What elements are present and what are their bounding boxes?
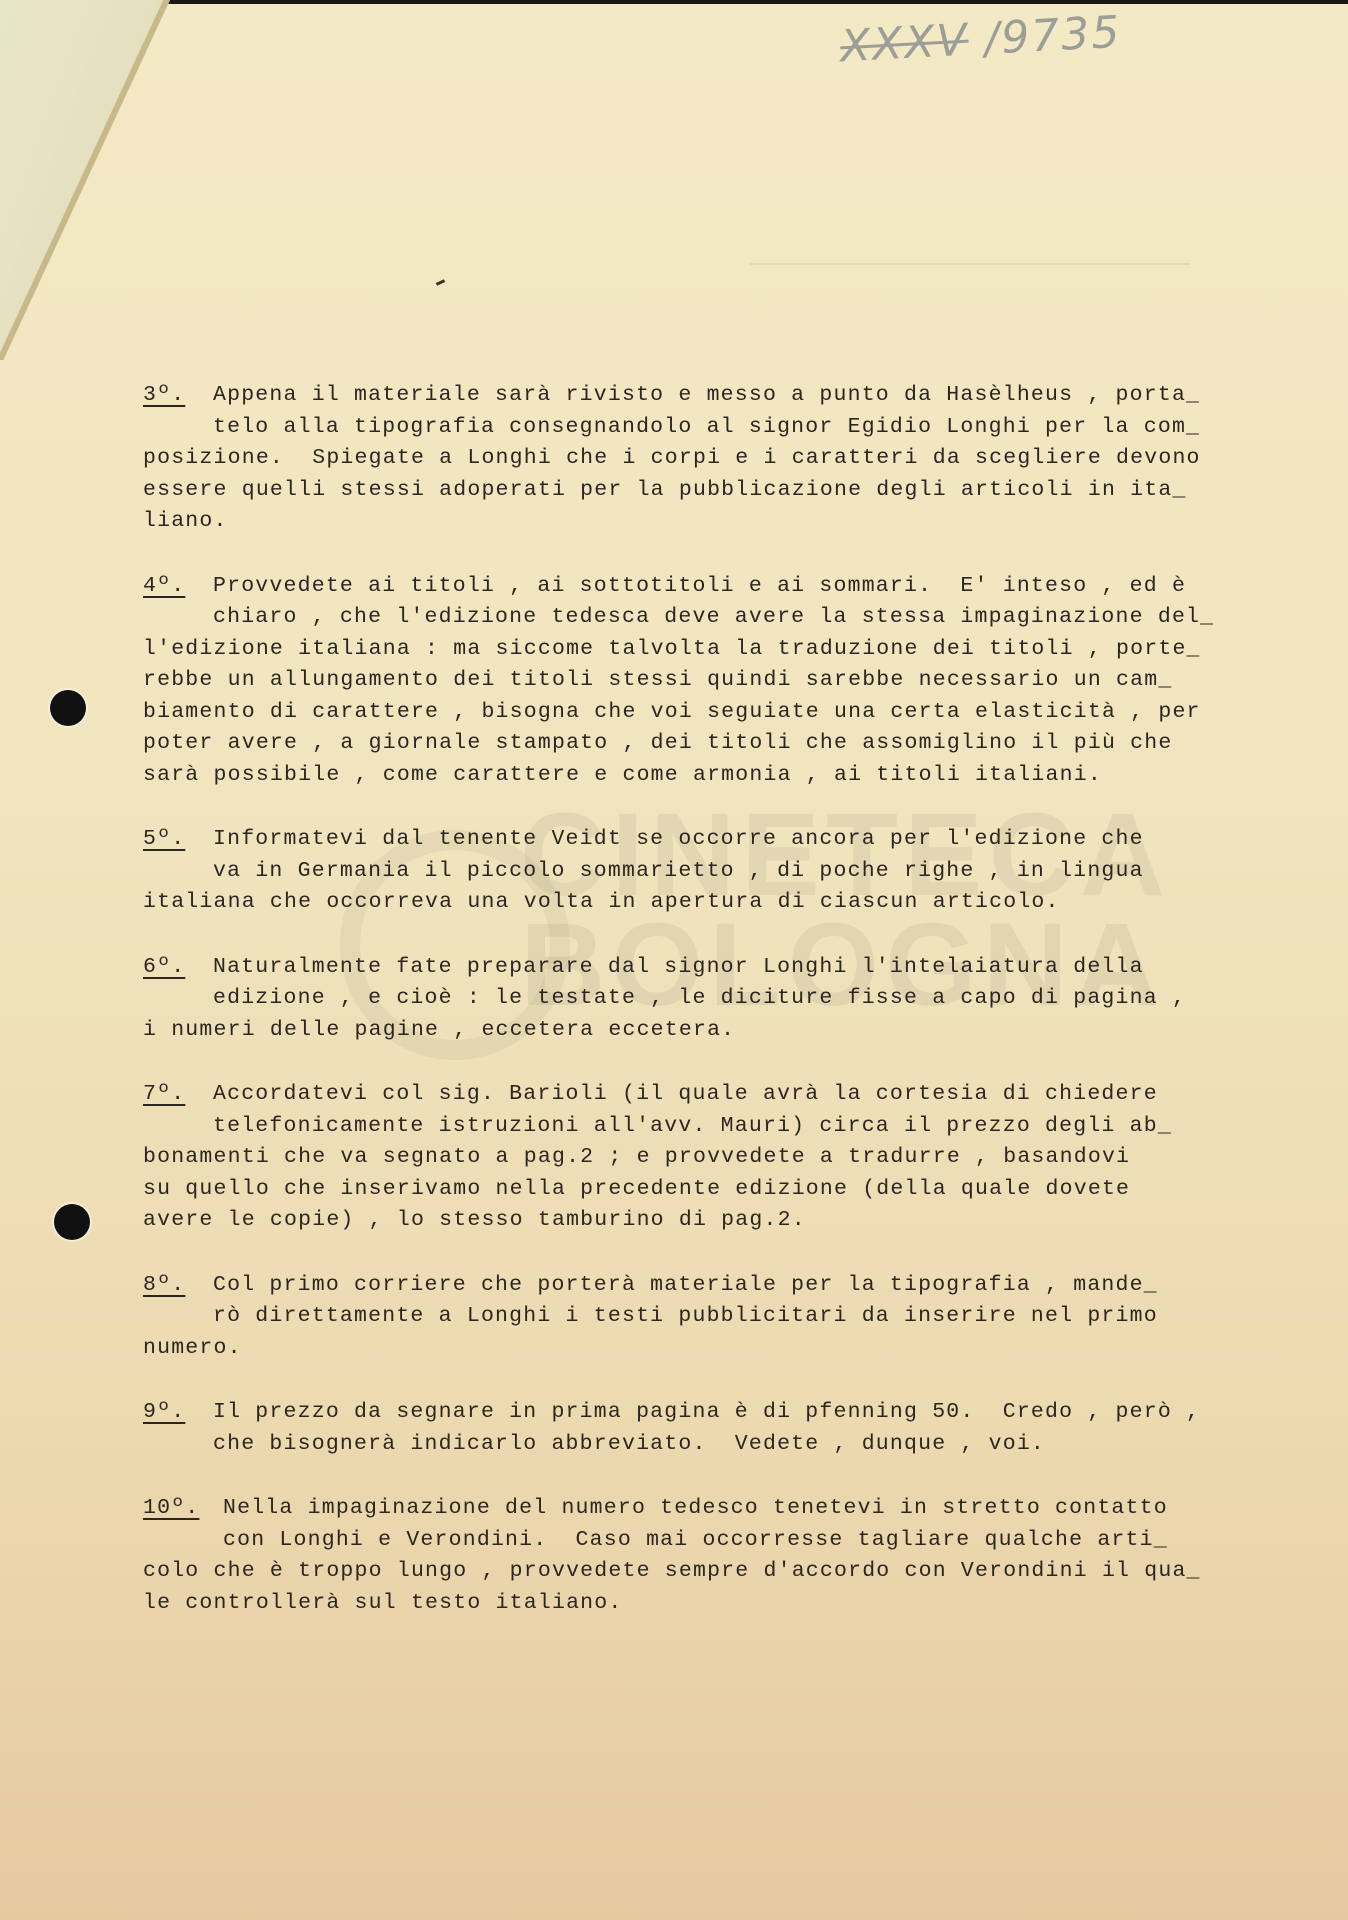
text-line: sarà possibile , come carattere e come a… [143, 760, 1233, 792]
paragraph-5: 5º.Informatevi dal tenente Veidt se occo… [143, 824, 1233, 919]
paragraph-4: 4º.Provvedete ai titoli , ai sottotitoli… [143, 571, 1233, 792]
text-line: italiana che occorreva una volta in aper… [143, 887, 1233, 919]
pen-tick-mark [436, 279, 445, 286]
archive-pencil-mark: XXXV /9735 [839, 7, 1123, 73]
text-line: Col primo corriere che porterà materiale… [213, 1273, 1158, 1297]
text-line: rebbe un allungamento dei titoli stessi … [143, 665, 1233, 697]
text-line: Informatevi dal tenente Veidt se occorre… [213, 827, 1144, 851]
text-line: Appena il materiale sarà rivisto e messo… [213, 383, 1200, 407]
text-line: l'edizione italiana : ma siccome talvolt… [143, 634, 1233, 666]
text-line: su quello che inserivamo nella precedent… [143, 1174, 1233, 1206]
text-line: edizione , e cioè : le testate , le dici… [143, 983, 1233, 1015]
text-line: Provvedete ai titoli , ai sottotitoli e … [213, 574, 1186, 598]
text-line: avere le copie) , lo stesso tamburino di… [143, 1205, 1233, 1237]
paragraph-10: 10º.Nella impaginazione del numero tedes… [143, 1493, 1233, 1619]
text-line: Il prezzo da segnare in prima pagina è d… [213, 1400, 1200, 1424]
item-number: 8º. [143, 1270, 213, 1302]
text-line: posizione. Spiegate a Longhi che i corpi… [143, 443, 1233, 475]
text-line: telo alla tipografia consegnandolo al si… [143, 412, 1233, 444]
text-line: telefonicamente istruzioni all'avv. Maur… [143, 1111, 1233, 1143]
text-line: le controllerà sul testo italiano. [143, 1588, 1233, 1620]
paragraph-8: 8º.Col primo corriere che porterà materi… [143, 1270, 1233, 1365]
item-number: 7º. [143, 1079, 213, 1111]
typed-letter-body: 3º.Appena il materiale sarà rivisto e me… [143, 380, 1233, 1652]
text-line: essere quelli stessi adoperati per la pu… [143, 475, 1233, 507]
text-line: rò direttamente a Longhi i testi pubblic… [143, 1301, 1233, 1333]
item-number: 10º. [143, 1493, 223, 1525]
item-number: 6º. [143, 952, 213, 984]
page-top-edge [165, 0, 1348, 4]
text-line: Nella impaginazione del numero tedesco t… [223, 1496, 1168, 1520]
text-line: liano. [143, 506, 1233, 538]
item-number: 3º. [143, 380, 213, 412]
text-line: Accordatevi col sig. Barioli (il quale a… [213, 1082, 1158, 1106]
paragraph-3: 3º.Appena il materiale sarà rivisto e me… [143, 380, 1233, 538]
paragraph-9: 9º.Il prezzo da segnare in prima pagina … [143, 1397, 1233, 1460]
paragraph-7: 7º.Accordatevi col sig. Barioli (il qual… [143, 1079, 1233, 1237]
item-number: 4º. [143, 571, 213, 603]
punch-hole-icon [54, 1204, 90, 1240]
item-number: 5º. [143, 824, 213, 856]
text-line: colo che è troppo lungo , provvedete sem… [143, 1556, 1233, 1588]
text-line: con Longhi e Verondini. Caso mai occorre… [143, 1525, 1233, 1557]
punch-hole-icon [50, 690, 86, 726]
text-line: biamento di carattere , bisogna che voi … [143, 697, 1233, 729]
archive-struck-code: XXXV [839, 15, 970, 73]
archive-number: /9735 [983, 7, 1122, 65]
text-line: bonamenti che va segnato a pag.2 ; e pro… [143, 1142, 1233, 1174]
text-line: numero. [143, 1333, 1233, 1365]
item-number: 9º. [143, 1397, 213, 1429]
text-line: va in Germania il piccolo sommarietto , … [143, 856, 1233, 888]
reverse-show-through [750, 195, 1190, 265]
text-line: i numeri delle pagine , eccetera ecceter… [143, 1015, 1233, 1047]
text-line: Naturalmente fate preparare dal signor L… [213, 955, 1144, 979]
text-line: poter avere , a giornale stampato , dei … [143, 728, 1233, 760]
text-line: chiaro , che l'edizione tedesca deve ave… [143, 602, 1233, 634]
paragraph-6: 6º.Naturalmente fate preparare dal signo… [143, 952, 1233, 1047]
text-line: che bisognerà indicarlo abbreviato. Vede… [143, 1429, 1233, 1461]
